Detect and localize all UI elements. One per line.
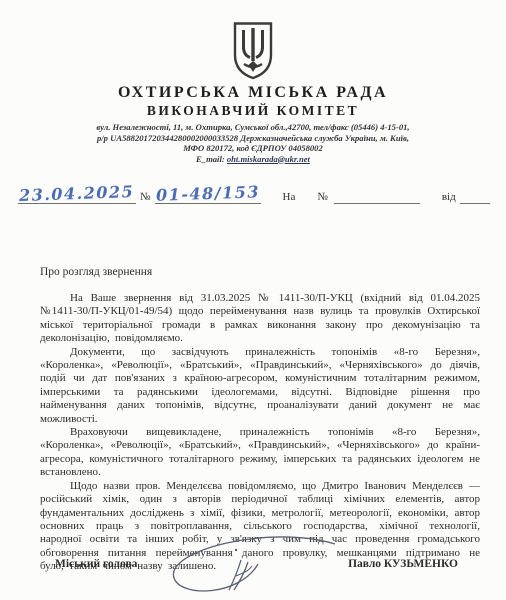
handwritten-number: 01-48/153 [155, 182, 260, 205]
address-line-1: вул. Незалежності, 11, м. Охтирка, Сумсь… [0, 122, 506, 133]
handwritten-signature-icon [140, 530, 350, 600]
paragraph-2: Документи, що засвідчують приналежність … [40, 346, 480, 426]
subject-line: Про розгляд звернення [40, 266, 506, 278]
number-symbol: № [140, 191, 151, 204]
paragraph-1: На Ваше звернення від 31.03.2025 № 1411-… [40, 292, 480, 346]
address-line-3: МФО 820172, код ЄДРПОУ 04058002 [0, 143, 506, 154]
letterhead-address-block: вул. Незалежності, 11, м. Охтирка, Сумсь… [0, 122, 506, 164]
letterhead: ОХТИРСЬКА МІСЬКА РАДА ВИКОНАВЧИЙ КОМІТЕТ… [0, 0, 506, 164]
email-label: E_mail: [196, 154, 227, 164]
signer-position: Міський голова [55, 558, 137, 570]
signer-name: Павло КУЗЬМЕНКО [348, 558, 458, 570]
incoming-date-blank [460, 189, 490, 204]
signature-block: Міський голова Павло КУЗЬМЕНКО [0, 548, 506, 600]
paragraph-3: Враховуючи вищевикладене, приналежність … [40, 426, 480, 480]
organization-subname: ВИКОНАВЧИЙ КОМІТЕТ [0, 103, 506, 119]
na-label: На [261, 191, 300, 204]
email-line: E_mail: oht.miskarada@ukr.net [0, 154, 506, 165]
organization-name: ОХТИРСЬКА МІСЬКА РАДА [0, 84, 506, 102]
scanned-official-letter: ОХТИРСЬКА МІСЬКА РАДА ВИКОНАВЧИЙ КОМІТЕТ… [0, 0, 506, 600]
handwritten-date: 23.04.2025 [19, 182, 135, 205]
address-line-2: р/р UA588201720344280002000033528 Держка… [0, 133, 506, 144]
vid-label: від [420, 191, 460, 204]
email-link[interactable]: oht.miskarada@ukr.net [227, 154, 310, 164]
outgoing-date-field: 23.04.2025 [18, 184, 136, 204]
na-number-symbol: № [299, 191, 334, 204]
reference-line: 23.04.2025 № 01-48/153 На № від [18, 178, 490, 204]
tryzub-shield-icon [231, 22, 275, 80]
incoming-number-blank [334, 189, 420, 204]
outgoing-number-field: 01-48/153 [155, 184, 261, 204]
